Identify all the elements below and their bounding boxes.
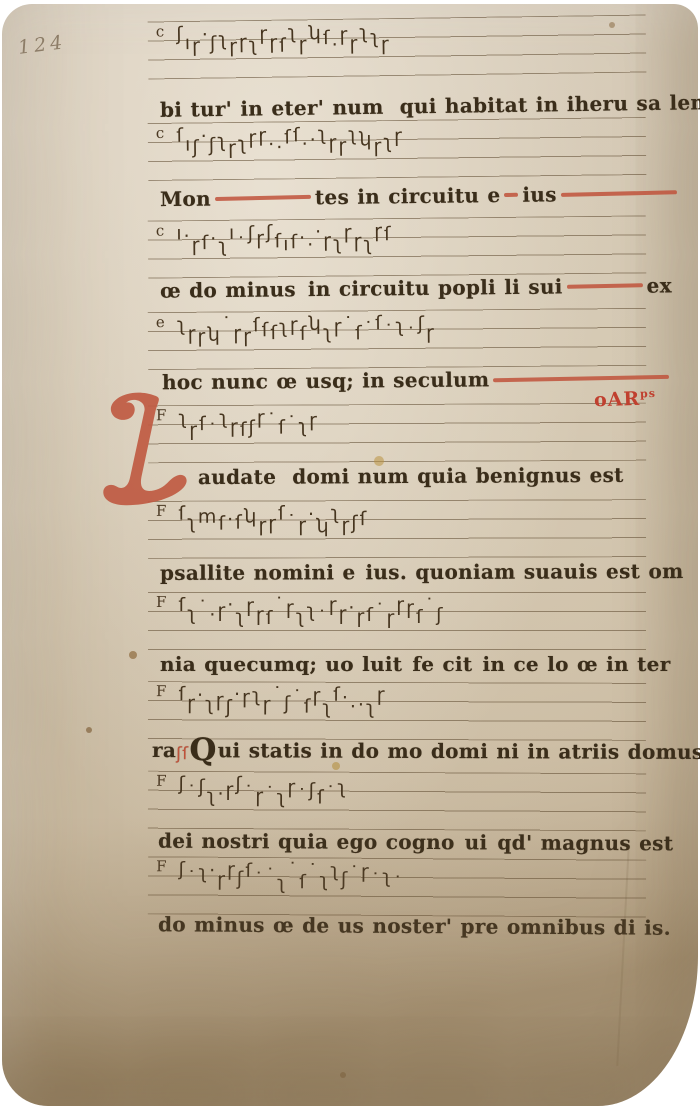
rubric-superscript: ps: [640, 387, 656, 401]
manuscript-page: 124 cʃı ɼ·ʃʅɼ ɼ ʅɼɼ ſʅ ɼʮ ſ· ɼɼʅ ʅɼbi tu…: [2, 4, 698, 1106]
lyric-line: audatedomi num quia benignus est: [198, 463, 624, 489]
folio-number: 124: [17, 31, 68, 59]
neume-row: Fʅ ɼ ſ˙ʅɼ ſ ʃ ɼ ˙ ſ˙ ʅɼ: [156, 391, 654, 472]
clef-letter: F: [156, 563, 168, 641]
stain: [332, 762, 340, 770]
stain: [609, 22, 615, 28]
stain: [340, 1072, 346, 1078]
clef-letter: F: [156, 652, 169, 730]
lyric-text: ius: [522, 182, 557, 206]
clef-letter: F: [156, 827, 169, 905]
neume-row: cʃı ɼ·ʃʅɼ ɼ ʅɼɼ ſʅ ɼʮ ſ· ɼɼʅ ʅɼ: [155, 3, 654, 88]
lyric-text: ex: [646, 273, 671, 297]
red-line-filler: [567, 283, 643, 289]
rubric-text: oAR: [594, 388, 641, 412]
initial-L: [96, 392, 196, 514]
lyric-text: domi num quia benignus est: [292, 463, 624, 489]
red-line-filler: [504, 193, 518, 197]
neume-row: Fʃ˙ʃʅ ·ɼ ʃ˙ ɼ ˙ ʅ ɼ˙ ʃſ ˙ʅ: [156, 759, 654, 840]
lyric-line: do minus œ de us noster' pre omnibus di …: [158, 912, 671, 940]
lyric-text: hoc nunc œ usq; in seculum: [162, 367, 490, 394]
rubric-mark: oARps: [594, 387, 657, 411]
clef-letter: c: [155, 94, 166, 172]
stain: [129, 651, 137, 659]
neume-row: Fſʅ˙ ·ɼ · ʅɼɼ ſ˙ ɼʅ ʅ˙ɼɼ·ɼ ſ˙ɼɼ ɼſ˙ʃ: [156, 580, 654, 658]
red-line-filler: [561, 190, 677, 197]
neume-row: cſı ʃ·ʃʅɼ ʅɼ ɼ· · ſ ſ·· ʅɼ ɼʅ ʮɼ ʅɼ: [156, 105, 655, 189]
clef-letter: F: [156, 742, 169, 820]
clef-letter: e: [156, 283, 168, 361]
stain: [86, 727, 92, 733]
red-line-filler: [493, 375, 669, 382]
lombardic-L-glyph: [96, 392, 196, 514]
lyric-text: do minus œ de us noster' pre omnibus di …: [158, 912, 671, 940]
stain: [374, 456, 384, 466]
clef-letter: c: [155, 0, 166, 70]
clef-letter: c: [155, 192, 166, 270]
neume-row: Fſʅm ſ· ſʮɼ ɼ ſ˙ ɼ· ʮʅ ɼ ʃſ: [156, 487, 654, 567]
